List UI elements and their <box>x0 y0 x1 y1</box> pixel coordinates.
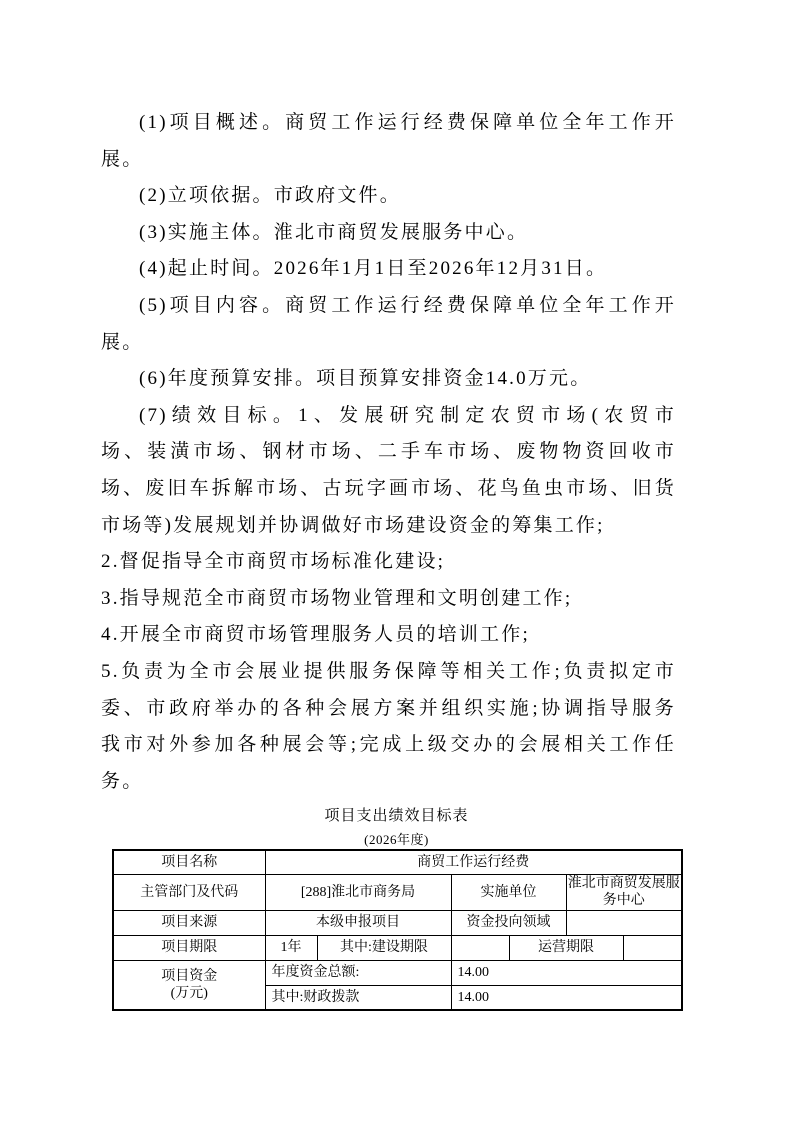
cell-annual-fund-total-value: 14.00 <box>451 960 682 985</box>
body-line: (1)项目概述。商贸工作运行经费保障单位全年工作开 <box>101 105 676 142</box>
body-line: 场、装潢市场、钢材市场、二手车市场、废物物资回收市 <box>101 434 676 471</box>
cell-project-source-label: 项目来源 <box>113 910 265 935</box>
body-line: (3)实施主体。淮北市商贸发展服务中心。 <box>101 215 676 252</box>
body-line: 我市对外参加各种展会等;完成上级交办的会展相关工作任 <box>101 727 676 764</box>
body-line: 4.开展全市商贸市场管理服务人员的培训工作; <box>101 617 676 654</box>
cell-impl-unit-label: 实施单位 <box>451 874 566 910</box>
table-row: 项目期限 1年 其中:建设期限 运营期限 <box>113 935 682 960</box>
body-line: (4)起止时间。2026年1月1日至2026年12月31日。 <box>101 251 676 288</box>
cell-annual-fund-total-label: 年度资金总额: <box>265 960 451 985</box>
cell-fund-direction-value <box>566 910 682 935</box>
body-line: 务。 <box>101 764 676 801</box>
body-line: 委、市政府举办的各种会展方案并组织实施;协调指导服务 <box>101 691 676 728</box>
cell-fiscal-allocation-label: 其中:财政拨款 <box>265 985 451 1010</box>
body-line: 场、废旧车拆解市场、古玩字画市场、花鸟鱼虫市场、旧货 <box>101 471 676 508</box>
body-line: 展。 <box>101 142 676 179</box>
table-row: 主管部门及代码 [288]淮北市商务局 实施单位 淮北市商贸发展服务中心 <box>113 874 682 910</box>
cell-project-period-value: 1年 <box>265 935 317 960</box>
body-line: (5)项目内容。商贸工作运行经费保障单位全年工作开 <box>101 288 676 325</box>
body-line: 5.负责为全市会展业提供服务保障等相关工作;负责拟定市 <box>101 654 676 691</box>
body-line: (2)立项依据。市政府文件。 <box>101 178 676 215</box>
body-line: 展。 <box>101 325 676 362</box>
body-line: 2.督促指导全市商贸市场标准化建设; <box>101 544 676 581</box>
table-subtitle: (2026年度) <box>0 831 793 849</box>
cell-fund-direction-label: 资金投向领域 <box>451 910 566 935</box>
document-page: (1)项目概述。商贸工作运行经费保障单位全年工作开 展。 (2)立项依据。市政府… <box>0 0 793 1122</box>
cell-project-funds-label: 项目资金 (万元) <box>113 960 265 1010</box>
cell-fiscal-allocation-value: 14.00 <box>451 985 682 1010</box>
table-row: 项目资金 (万元) 年度资金总额: 14.00 <box>113 960 682 985</box>
cell-dept-code-label: 主管部门及代码 <box>113 874 265 910</box>
performance-target-table: 项目名称 商贸工作运行经费 主管部门及代码 [288]淮北市商务局 实施单位 淮… <box>112 849 683 1011</box>
body-line: 3.指导规范全市商贸市场物业管理和文明创建工作; <box>101 581 676 618</box>
cell-impl-unit-value: 淮北市商贸发展服务中心 <box>566 874 682 910</box>
table-title: 项目支出绩效目标表 <box>0 806 793 826</box>
cell-project-name-value: 商贸工作运行经费 <box>265 850 682 874</box>
body-line: (7)绩效目标。1、发展研究制定农贸市场(农贸市 <box>101 398 676 435</box>
cell-operation-period-value <box>623 935 682 960</box>
body-line: (6)年度预算安排。项目预算安排资金14.0万元。 <box>101 361 676 398</box>
body-text: (1)项目概述。商贸工作运行经费保障单位全年工作开 展。 (2)立项依据。市政府… <box>101 105 676 800</box>
table-row: 项目来源 本级申报项目 资金投向领域 <box>113 910 682 935</box>
cell-operation-period-label: 运营期限 <box>509 935 623 960</box>
body-line: 市场等)发展规划并协调做好市场建设资金的筹集工作; <box>101 508 676 545</box>
cell-construction-period-value <box>451 935 509 960</box>
cell-project-name-label: 项目名称 <box>113 850 265 874</box>
cell-project-source-value: 本级申报项目 <box>265 910 451 935</box>
cell-dept-code-value: [288]淮北市商务局 <box>265 874 451 910</box>
cell-construction-period-label: 其中:建设期限 <box>317 935 451 960</box>
cell-project-period-label: 项目期限 <box>113 935 265 960</box>
table-row: 项目名称 商贸工作运行经费 <box>113 850 682 874</box>
